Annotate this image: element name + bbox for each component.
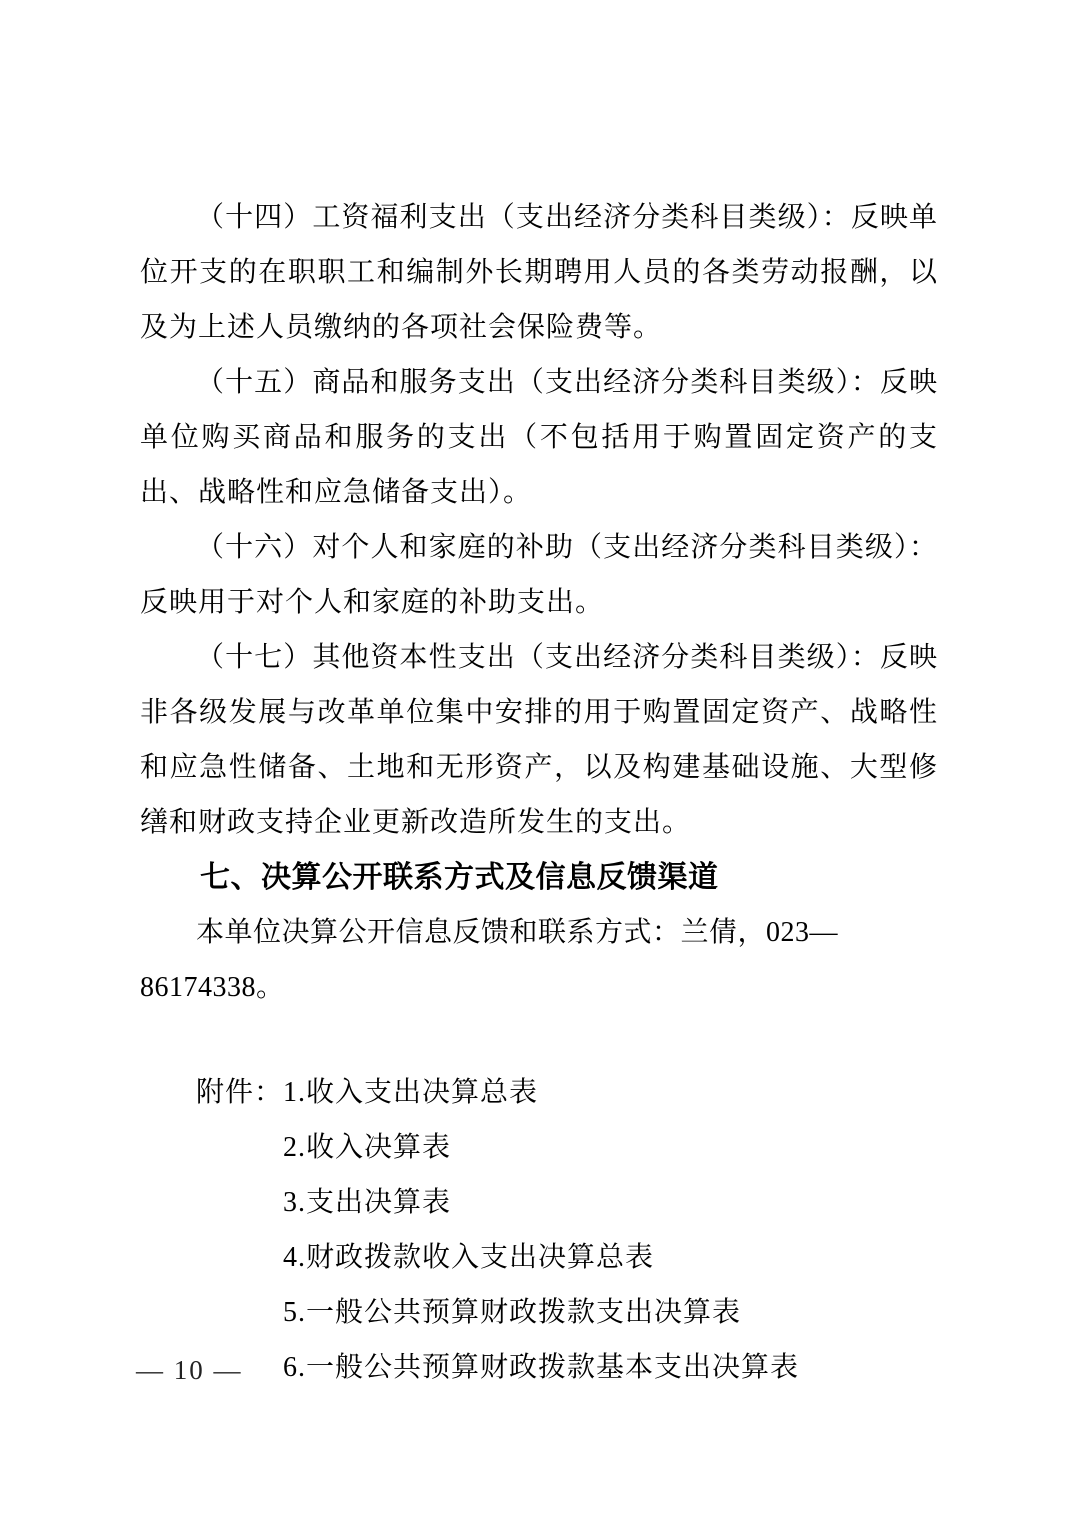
attachment-item: 4.财政拨款收入支出决算总表 <box>283 1230 938 1285</box>
attachment-item: 1.收入支出决算总表 <box>283 1065 938 1120</box>
attachments-list: 1.收入支出决算总表 2.收入决算表 3.支出决算表 4.财政拨款收入支出决算总… <box>283 1065 938 1395</box>
paragraph-item-14: （十四）工资福利支出（支出经济分类科目类级）：反映单位开支的在职职工和编制外长期… <box>140 190 938 355</box>
document-content: （十四）工资福利支出（支出经济分类科目类级）：反映单位开支的在职职工和编制外长期… <box>140 190 938 1395</box>
attachment-item: 2.收入决算表 <box>283 1120 938 1175</box>
attachments-label: 附件： <box>196 1065 283 1120</box>
document-page: （十四）工资福利支出（支出经济分类科目类级）：反映单位开支的在职职工和编制外长期… <box>0 0 1074 1520</box>
section-heading: 七、决算公开联系方式及信息反馈渠道 <box>140 850 938 905</box>
contact-line: 本单位决算公开信息反馈和联系方式：兰倩，023—86174338。 <box>140 905 938 1015</box>
attachments-block: 附件： 1.收入支出决算总表 2.收入决算表 3.支出决算表 4.财政拨款收入支… <box>140 1065 938 1395</box>
page-number: — 10 — <box>136 1352 243 1388</box>
attachment-item: 5.一般公共预算财政拨款支出决算表 <box>283 1285 938 1340</box>
paragraph-item-17: （十七）其他资本性支出（支出经济分类科目类级）：反映非各级发展与改革单位集中安排… <box>140 630 938 850</box>
paragraph-item-15: （十五）商品和服务支出（支出经济分类科目类级）：反映单位购买商品和服务的支出（不… <box>140 355 938 520</box>
attachment-item: 3.支出决算表 <box>283 1175 938 1230</box>
paragraph-item-16: （十六）对个人和家庭的补助（支出经济分类科目类级）：反映用于对个人和家庭的补助支… <box>140 520 938 630</box>
attachment-item: 6.一般公共预算财政拨款基本支出决算表 <box>283 1340 938 1395</box>
